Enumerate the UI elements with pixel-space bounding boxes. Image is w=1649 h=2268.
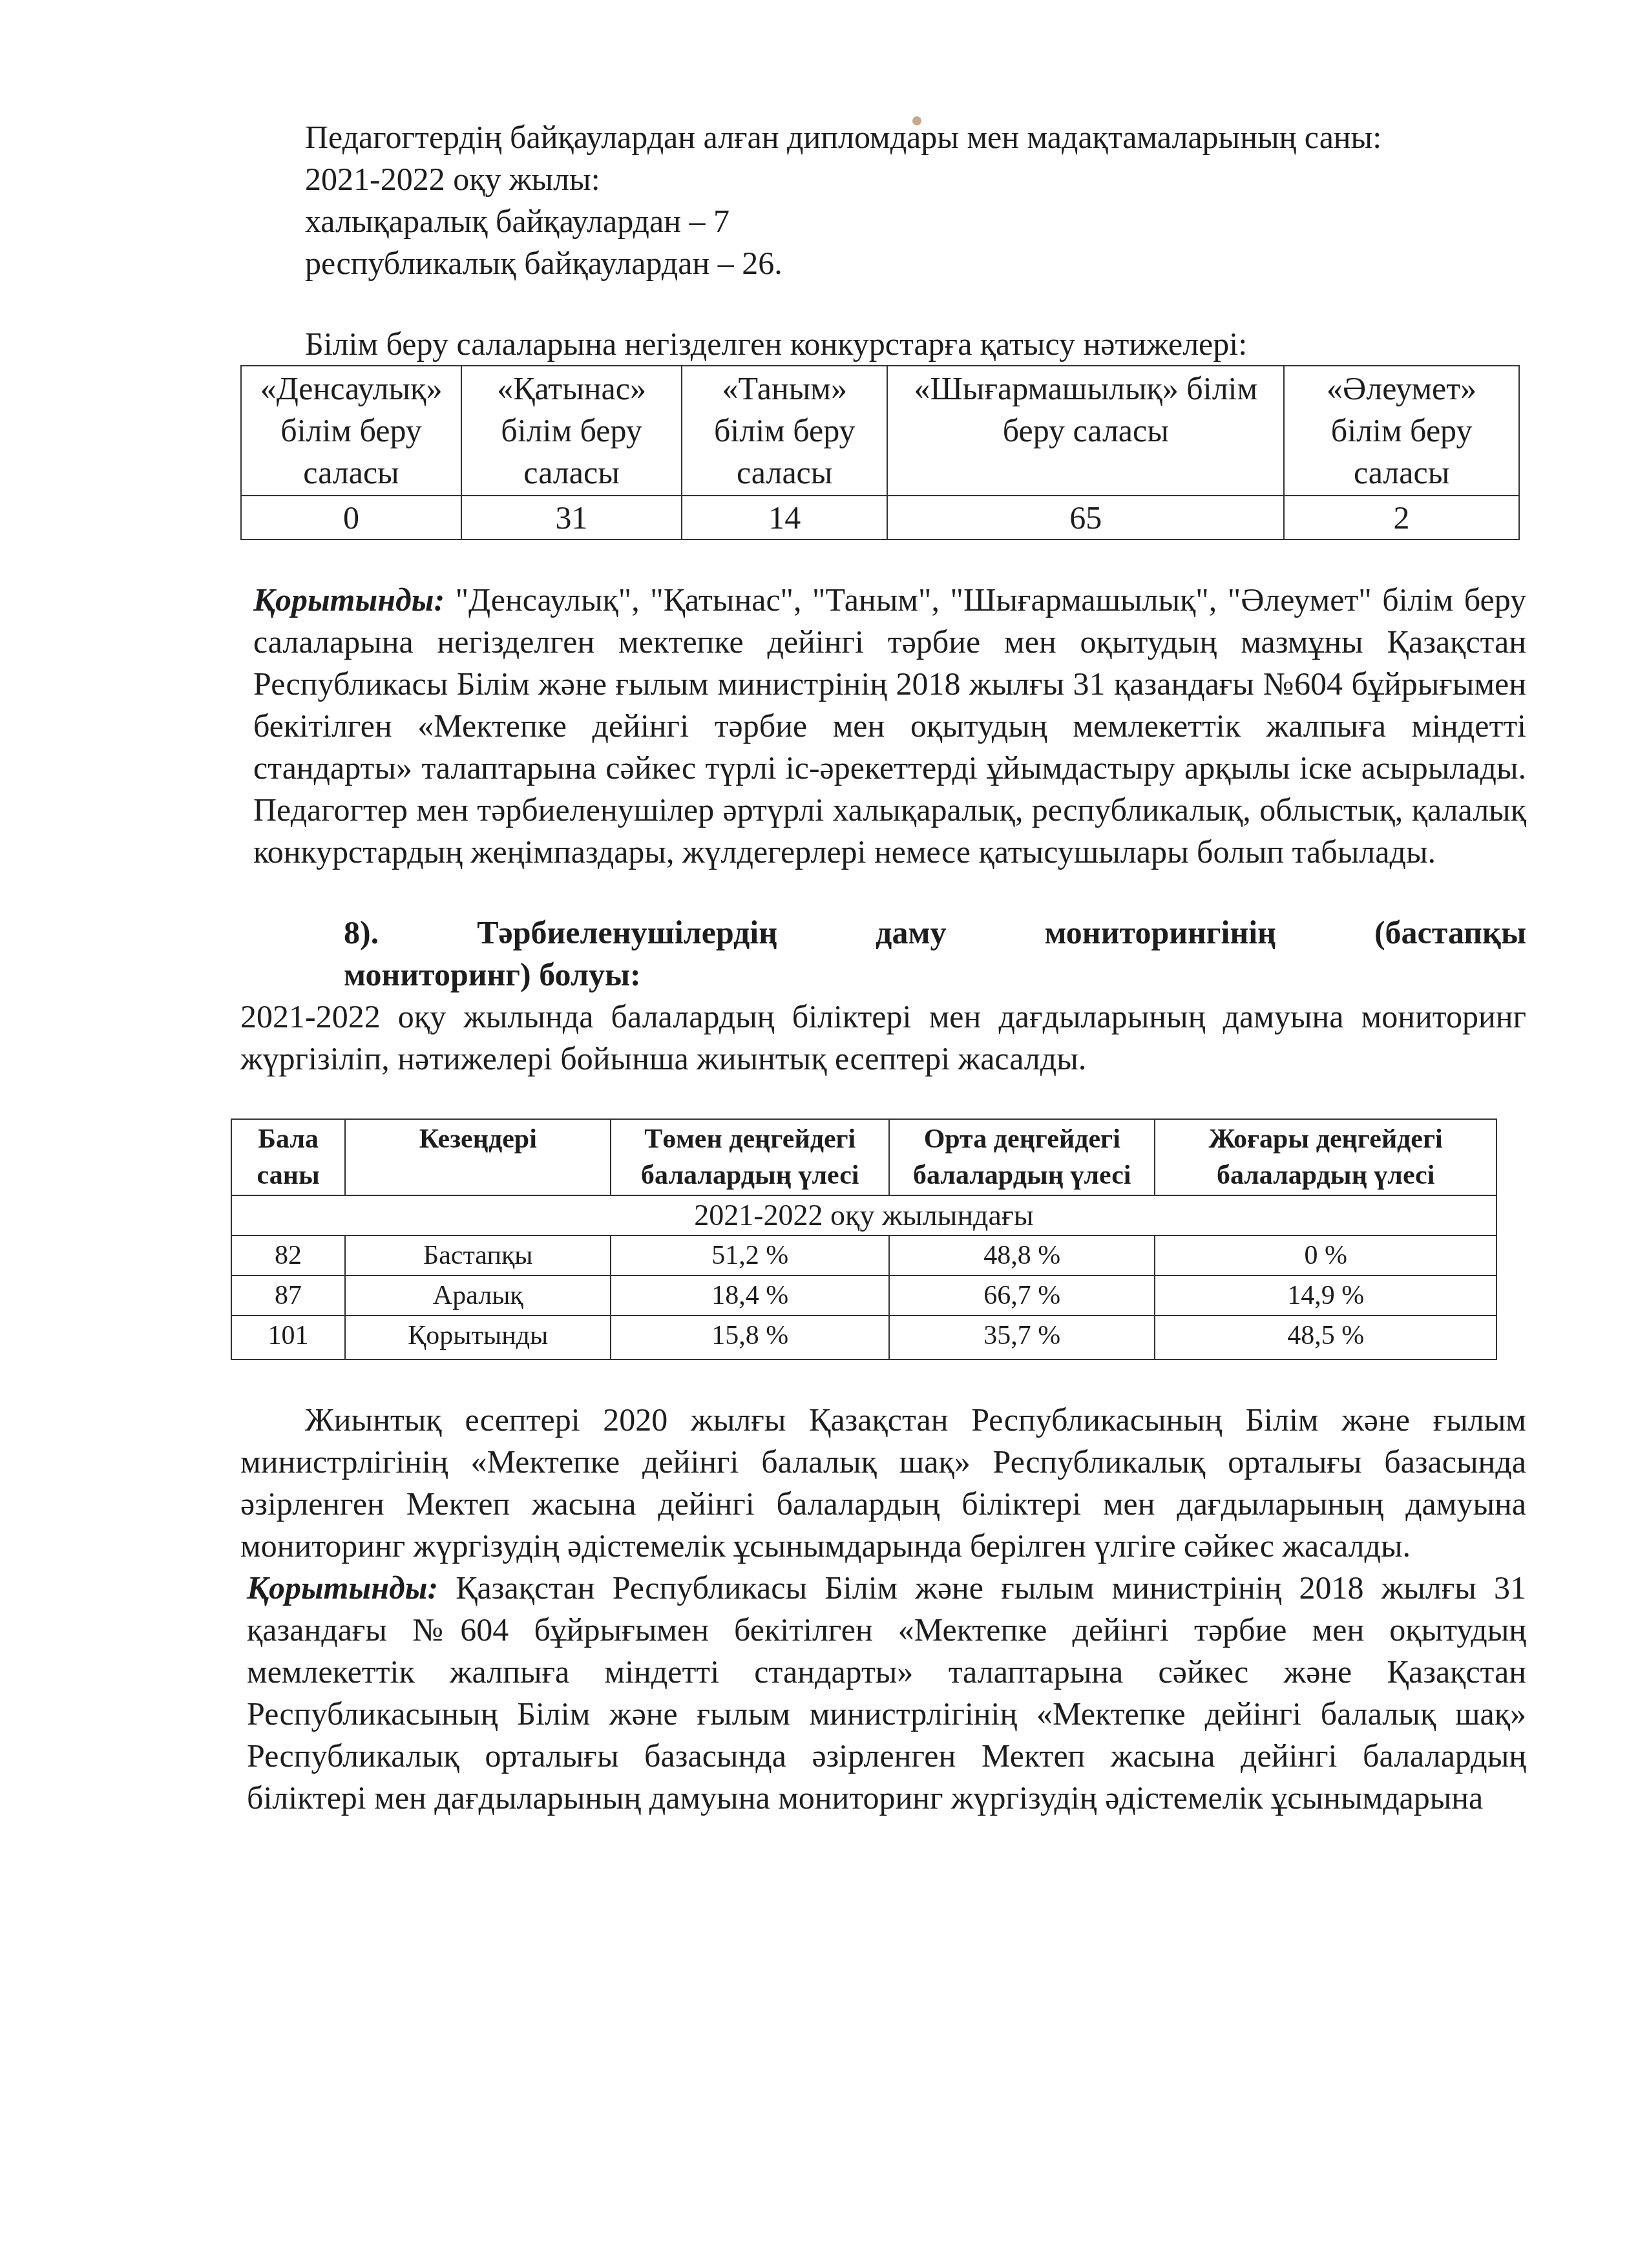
header-social: «Әлеумет» білім беру саласы [1284,366,1519,496]
table-row: 82 Бастапқы 51,2 % 48,8 % 0 % [231,1235,1497,1276]
cell-stage: Аралық [345,1276,611,1316]
monitoring-year-row: 2021-2022 оқу жылындағы [231,1195,1497,1235]
competitions-caption: Білім беру салаларына негізделген конкур… [240,323,1526,365]
section-8-title-word: (бастапқы [1374,912,1526,954]
competitions-section: Білім беру салаларына негізделген конкур… [240,323,1526,540]
header-low-level: Төмен деңгейдегі балалардың үлесі [611,1119,889,1195]
diplomas-intro: Педагогтердің байқаулардан алған дипломд… [240,116,1526,158]
section-8-heading: 8). Тәрбиеленушілердің даму мониторингін… [240,912,1526,996]
header-creativity: «Шығармашылық» білім беру саласы [887,366,1284,496]
section-8-title-line2: мониторинг) болуы: [344,954,1526,996]
section-8-intro: 2021-2022 оқу жылында балалардың білікте… [240,996,1526,1080]
cell-low: 51,2 % [611,1235,889,1276]
cell-high: 0 % [1155,1235,1497,1276]
section-8-title-word: Тәрбиеленушілердің [477,912,777,954]
competitions-values-row: 0 31 14 65 2 [241,496,1519,540]
competitions-header-row: «Денсаулық» білім беру саласы «Қатынас» … [241,366,1519,496]
conclusion-1: Қорытынды: "Денсаулық", "Қатынас", "Таны… [240,579,1526,873]
section-8-number: 8). [344,912,379,954]
conclusion-1-text: "Денсаулық", "Қатынас", "Таным", "Шығарм… [253,582,1526,870]
header-high-level: Жоғары деңгейдегі балалардың үлесі [1155,1119,1497,1195]
value-communication: 31 [461,496,682,540]
conclusion-2-text: Қазақстан Республикасы Білім және ғылым … [247,1570,1526,1816]
cell-stage: Бастапқы [345,1235,611,1276]
monitoring-header-row: Бала саны Кезеңдері Төмен деңгейдегі бал… [231,1119,1497,1195]
value-creativity: 65 [887,496,1284,540]
header-cognition: «Таным» білім беру саласы [682,366,887,496]
value-health: 0 [241,496,461,540]
conclusion-2: Қорытынды: Қазақстан Республикасы Білім … [240,1567,1526,1819]
section-8-title-word: даму [876,912,946,954]
header-stages: Кезеңдері [345,1119,611,1195]
summary-paragraph: Жиынтық есептері 2020 жылғы Қазақстан Ре… [240,1399,1526,1567]
competitions-table: «Денсаулық» білім беру саласы «Қатынас» … [240,365,1520,540]
value-social: 2 [1284,496,1519,540]
cell-high: 14,9 % [1155,1276,1497,1316]
cell-low: 15,8 % [611,1316,889,1360]
table-row: 101 Қорытынды 15,8 % 35,7 % 48,5 % [231,1316,1497,1360]
monitoring-section: 8). Тәрбиеленушілердің даму мониторингін… [240,912,1526,1360]
cell-count: 82 [231,1235,345,1276]
conclusion-1-label: Қорытынды: [253,582,445,618]
value-cognition: 14 [682,496,887,540]
cell-count: 101 [231,1316,345,1360]
monitoring-table: Бала саны Кезеңдері Төмен деңгейдегі бал… [231,1118,1497,1360]
diplomas-intro-line1: Педагогтердің байқаулардан алған дипломд… [305,119,1296,155]
diplomas-international: халықаралық байқаулардан – 7 [240,200,1526,242]
cell-mid: 35,7 % [889,1316,1155,1360]
header-children-count: Бала саны [231,1119,345,1195]
header-communication: «Қатынас» білім беру саласы [461,366,682,496]
conclusion-2-label: Қорытынды: [247,1570,438,1606]
monitoring-year: 2021-2022 оқу жылындағы [231,1195,1497,1235]
table-row: 87 Аралық 18,4 % 66,7 % 14,9 % [231,1276,1497,1316]
header-health: «Денсаулық» білім беру саласы [241,366,461,496]
cell-count: 87 [231,1276,345,1316]
document-page: Педагогтердің байқаулардан алған дипломд… [240,116,1526,1819]
header-mid-level: Орта деңгейдегі балалардың үлесі [889,1119,1155,1195]
section-8-title-word: мониторингінің [1044,912,1276,954]
cell-high: 48,5 % [1155,1316,1497,1360]
cell-mid: 66,7 % [889,1276,1155,1316]
diplomas-republican: республикалық байқаулардан – 26. [240,242,1526,284]
cell-mid: 48,8 % [889,1235,1155,1276]
cell-low: 18,4 % [611,1276,889,1316]
diplomas-intro-line2: саны: [1305,119,1381,155]
diplomas-year: 2021-2022 оқу жылы: [240,158,1526,200]
diplomas-section: Педагогтердің байқаулардан алған дипломд… [240,116,1526,284]
cell-stage: Қорытынды [345,1316,611,1360]
